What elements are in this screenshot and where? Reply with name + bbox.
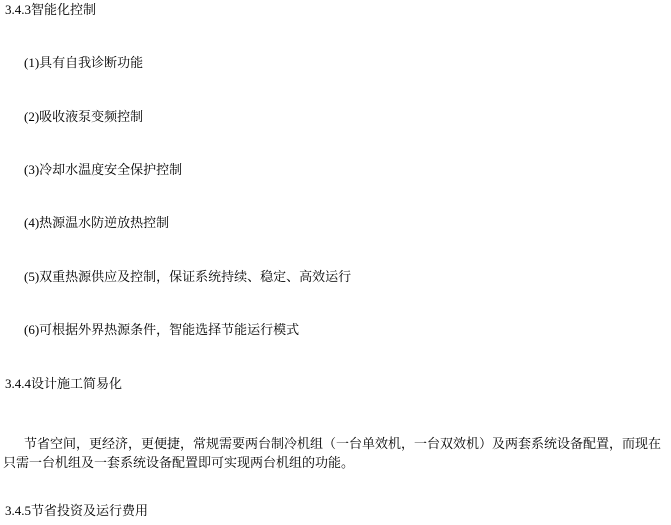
numbered-item-6: (6)可根据外界热源条件，智能选择节能运行模式 [24,322,299,338]
section-heading-3-4-4: 3.4.4设计施工简易化 [5,376,122,392]
body-paragraph: 节省空间，更经济，更便捷，常规需要两台制冷机组（一台单效机，一台双效机）及两套系… [3,434,671,472]
numbered-item-2: (2)吸收液泵变频控制 [24,109,143,125]
document-page: 3.4.3智能化控制 (1)具有自我诊断功能 (2)吸收液泵变频控制 (3)冷却… [0,0,671,525]
section-heading-3-4-5: 3.4.5节省投资及运行费用 [5,503,148,519]
numbered-item-4: (4)热源温水防逆放热控制 [24,215,169,231]
numbered-item-1: (1)具有自我诊断功能 [24,55,143,71]
numbered-item-3: (3)冷却水温度安全保护控制 [24,162,182,178]
numbered-item-5: (5)双重热源供应及控制，保证系统持续、稳定、高效运行 [24,269,351,285]
section-heading-3-4-3: 3.4.3智能化控制 [5,2,96,18]
